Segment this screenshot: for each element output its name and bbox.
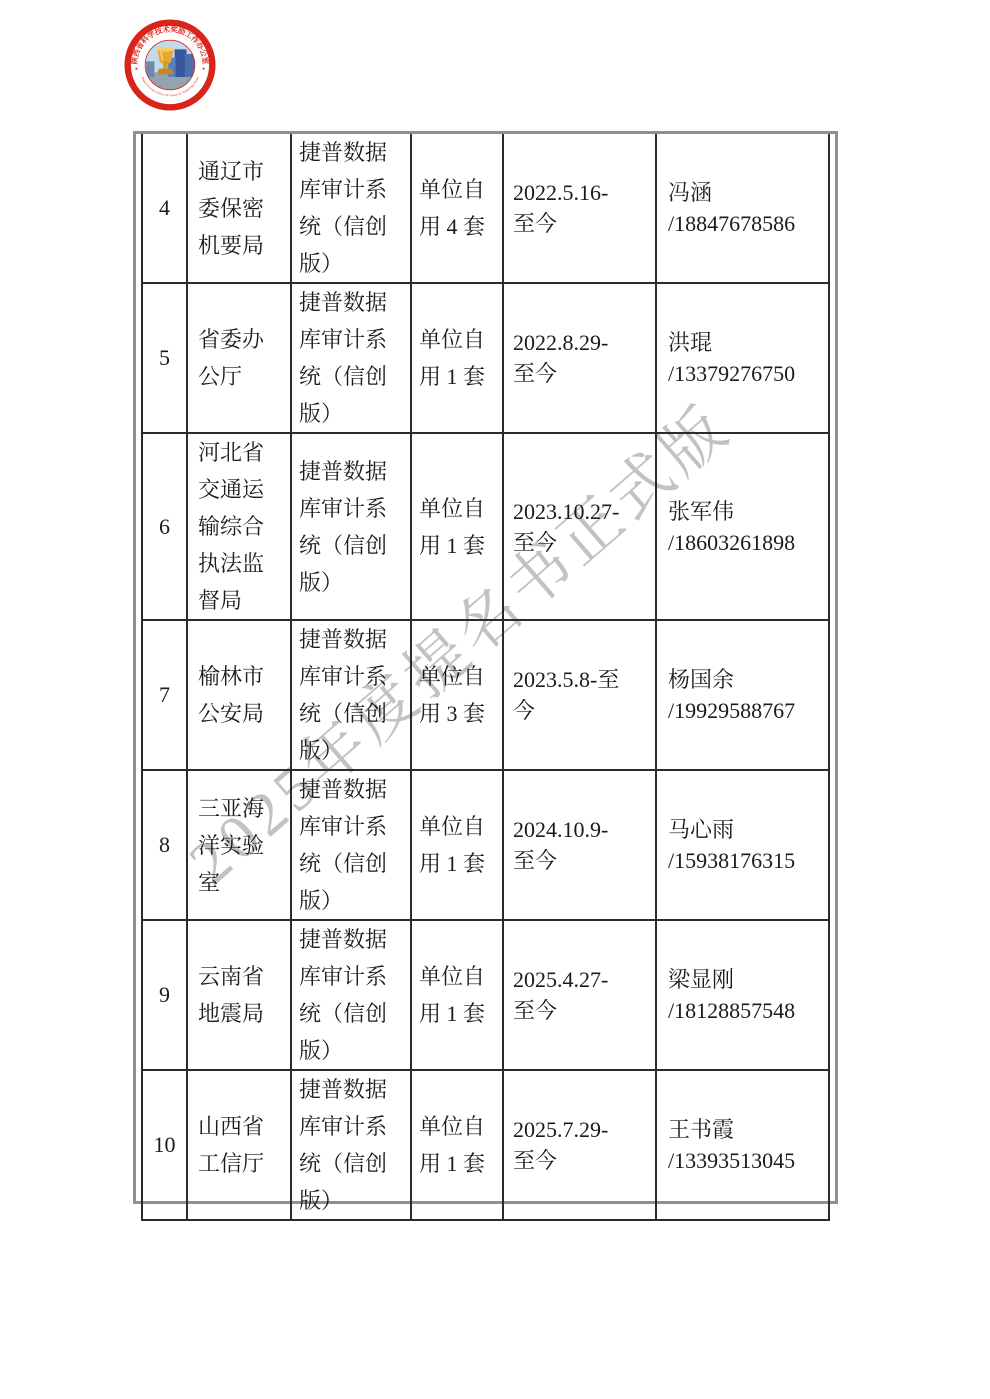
row-number: 10 — [142, 1070, 187, 1220]
org-name: 省委办 公厅 — [187, 283, 291, 433]
table-outer-frame: 4 通辽市 委保密 机要局 捷普数据 库审计系 统（信创 版） 单位自 用 4 … — [133, 131, 838, 1204]
table-row: 10 山西省 工信厅 捷普数据 库审计系 统（信创 版） 单位自 用 1 套 2… — [142, 1070, 829, 1220]
contact-info: 梁显刚 /18128857548 — [656, 920, 829, 1070]
usage-info: 单位自 用 1 套 — [411, 920, 503, 1070]
usage-period: 2023.10.27- 至今 — [503, 433, 656, 620]
row-number: 6 — [142, 433, 187, 620]
table-row: 7 榆林市 公安局 捷普数据 库审计系 统（信创 版） 单位自 用 3 套 20… — [142, 620, 829, 770]
contact-info: 洪琨 /13379276750 — [656, 283, 829, 433]
org-name: 云南省 地震局 — [187, 920, 291, 1070]
usage-info: 单位自 用 4 套 — [411, 134, 503, 283]
product-name: 捷普数据 库审计系 统（信创 版） — [291, 620, 411, 770]
usage-info: 单位自 用 1 套 — [411, 283, 503, 433]
row-number: 8 — [142, 770, 187, 920]
org-name: 河北省 交通运 输综合 执法监 督局 — [187, 433, 291, 620]
product-name: 捷普数据 库审计系 统（信创 版） — [291, 1070, 411, 1220]
row-number: 4 — [142, 134, 187, 283]
row-number: 9 — [142, 920, 187, 1070]
seal-left-dot — [135, 68, 137, 70]
product-name: 捷普数据 库审计系 统（信创 版） — [291, 134, 411, 283]
product-name: 捷普数据 库审计系 统（信创 版） — [291, 920, 411, 1070]
usage-period: 2025.7.29- 至今 — [503, 1070, 656, 1220]
usage-info: 单位自 用 3 套 — [411, 620, 503, 770]
table-row: 5 省委办 公厅 捷普数据 库审计系 统（信创 版） 单位自 用 1 套 202… — [142, 283, 829, 433]
table-row: 4 通辽市 委保密 机要局 捷普数据 库审计系 统（信创 版） 单位自 用 4 … — [142, 134, 829, 283]
table-row: 6 河北省 交通运 输综合 执法监 督局 捷普数据 库审计系 统（信创 版） 单… — [142, 433, 829, 620]
product-name: 捷普数据 库审计系 统（信创 版） — [291, 770, 411, 920]
org-name: 榆林市 公安局 — [187, 620, 291, 770]
row-number: 5 — [142, 283, 187, 433]
usage-info: 单位自 用 1 套 — [411, 1070, 503, 1220]
usage-info: 单位自 用 1 套 — [411, 433, 503, 620]
table-row: 9 云南省 地震局 捷普数据 库审计系 统（信创 版） 单位自 用 1 套 20… — [142, 920, 829, 1070]
org-name: 通辽市 委保密 机要局 — [187, 134, 291, 283]
contact-info: 张军伟 /18603261898 — [656, 433, 829, 620]
usage-period: 2022.5.16- 至今 — [503, 134, 656, 283]
org-name: 山西省 工信厅 — [187, 1070, 291, 1220]
usage-period: 2023.5.8-至 今 — [503, 620, 656, 770]
usage-table: 4 通辽市 委保密 机要局 捷普数据 库审计系 统（信创 版） 单位自 用 4 … — [141, 134, 830, 1221]
contact-info: 冯涵 /18847678586 — [656, 134, 829, 283]
row-number: 7 — [142, 620, 187, 770]
org-name: 三亚海 洋实验 室 — [187, 770, 291, 920]
usage-info: 单位自 用 1 套 — [411, 770, 503, 920]
seal-right-dot — [203, 68, 205, 70]
usage-period: 2025.4.27- 至今 — [503, 920, 656, 1070]
contact-info: 马心雨 /15938176315 — [656, 770, 829, 920]
usage-period: 2022.8.29- 至今 — [503, 283, 656, 433]
usage-period: 2024.10.9- 至今 — [503, 770, 656, 920]
product-name: 捷普数据 库审计系 统（信创 版） — [291, 283, 411, 433]
table-row: 8 三亚海 洋实验 室 捷普数据 库审计系 统（信创 版） 单位自 用 1 套 … — [142, 770, 829, 920]
office-seal-logo: 陕西省科学技术奖励工作办公室 Shaanxi Province Office O… — [124, 19, 216, 111]
document-page: 2025年度提名书正式版 — [0, 0, 990, 1399]
contact-info: 王书霞 /13393513045 — [656, 1070, 829, 1220]
contact-info: 杨国余 /19929588767 — [656, 620, 829, 770]
seal-logo-graphic: 陕西省科学技术奖励工作办公室 Shaanxi Province Office O… — [124, 19, 216, 111]
product-name: 捷普数据 库审计系 统（信创 版） — [291, 433, 411, 620]
